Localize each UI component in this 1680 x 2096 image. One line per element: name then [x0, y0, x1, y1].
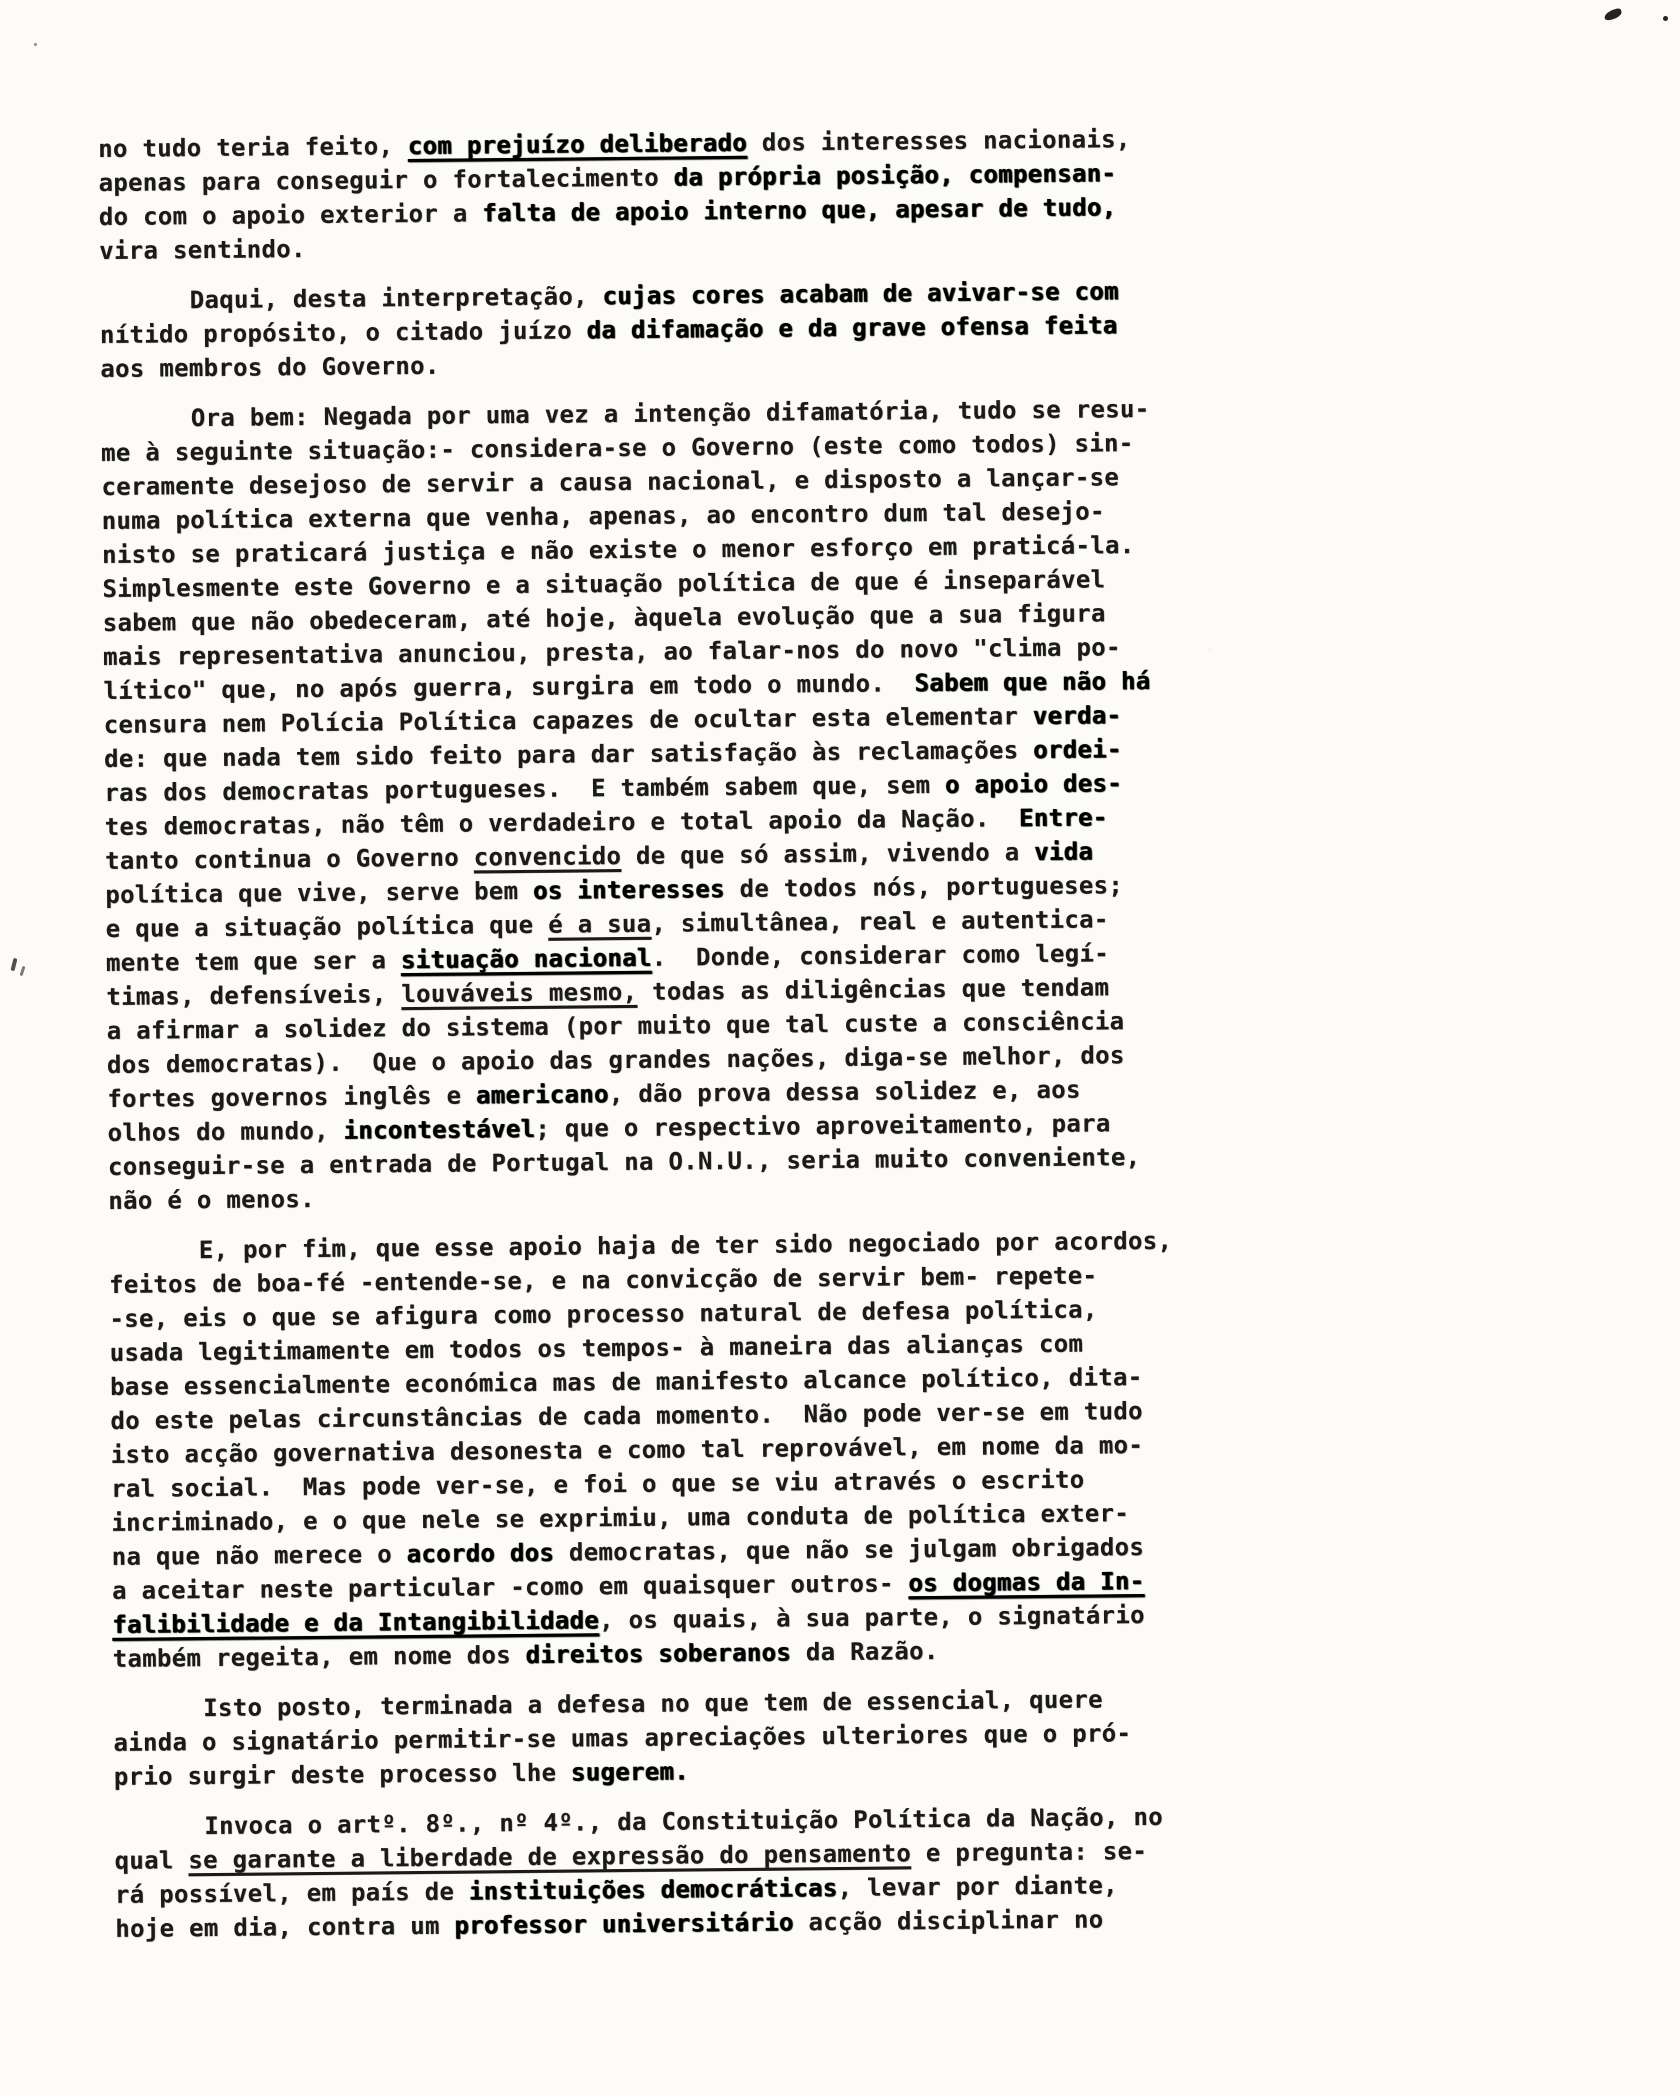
text-run: conseguir-se a entrada de Portugal na O.… [108, 1143, 1141, 1181]
text-run: da Razão. [791, 1637, 939, 1666]
text-run: não é o menos. [108, 1185, 315, 1215]
text-run: vida [1034, 837, 1093, 866]
text-run: incontestável [343, 1115, 535, 1145]
text-run: ordei- [1033, 735, 1122, 764]
underlined-text-run: com prejuízo deliberado [408, 129, 747, 160]
text-run: timas, defensíveis, [106, 980, 401, 1011]
text-run: prio surgir deste processo lhe [114, 1759, 571, 1791]
paragraph: Invoca o artº. 8º., nº 4º., da Constitui… [114, 1800, 1200, 1946]
underlined-text-run: os dogmas da In- [908, 1567, 1144, 1597]
text-run: ; que o respectivo aproveitamento, para [535, 1109, 1110, 1143]
text-run: e que a situação política que [106, 911, 549, 943]
typewritten-text-block: no tudo teria feito, com prejuízo delibe… [98, 122, 1201, 1962]
margin-tick-mark [10, 958, 17, 972]
paragraph: E, por fim, que esse apoio haja de ter s… [109, 1224, 1198, 1676]
text-run: fortes governos inglês e [107, 1081, 476, 1113]
text-run: de que só assim, vivendo a [621, 838, 1034, 870]
paragraph: Daqui, desta interpretação, cujas cores … [99, 274, 1185, 386]
text-run: no tudo teria feito, [98, 132, 408, 163]
scanned-page: no tudo teria feito, com prejuízo delibe… [0, 0, 1680, 2096]
paragraph: Isto posto, terminada a defesa no que te… [113, 1682, 1199, 1794]
text-run: acordo dos [407, 1539, 555, 1568]
dust-speckle [34, 43, 37, 46]
text-run: Entre- [1019, 803, 1108, 832]
text-run: , levar por diante, [837, 1871, 1118, 1902]
underlined-text-run: convencido [474, 842, 622, 871]
text-run: , dão prova dessa solidez e, aos [609, 1076, 1081, 1109]
underlined-text-run: se garante a liberdade de expressão do p… [188, 1839, 911, 1874]
text-run: na que não merece o [112, 1540, 407, 1571]
text-run: Sabem que não há [914, 667, 1150, 697]
underlined-text-run: é a sua [548, 910, 652, 939]
margin-tick-mark [20, 966, 26, 976]
text-run: hoje em dia, contra um [115, 1912, 454, 1943]
text-run: verda- [1033, 701, 1122, 730]
text-run: qual [114, 1846, 188, 1875]
text-run: democratas, que não se julgam obrigados [554, 1533, 1144, 1567]
text-run: sugerem. [571, 1757, 689, 1786]
text-run: de todos nós, portugueses; [725, 871, 1123, 903]
text-run: acção disciplinar no [794, 1905, 1104, 1936]
text-run: lítico" que, no após guerra, surgira em … [103, 669, 914, 705]
text-run: rá possível, em país de [115, 1878, 469, 1909]
text-run: e pregunta: se- [911, 1837, 1147, 1867]
text-run: ras dos democratas portugueses. E também… [104, 771, 945, 807]
text-run: tanto continua o Governo [105, 843, 474, 875]
text-run: falta de apoio interno que, apesar de tu… [482, 193, 1116, 227]
text-run: os interesses [533, 875, 725, 905]
text-run: vira sentindo. [99, 235, 306, 265]
text-run: da difamação e da grave ofensa feita [587, 311, 1118, 344]
underlined-text-run: louváveis mesmo, [401, 978, 637, 1008]
text-run: ainda o signatário permitir-se umas apre… [113, 1719, 1131, 1757]
text-run: , os quais, à sua parte, o signatário [599, 1601, 1145, 1634]
text-run: nítido propósito, o citado juízo [100, 316, 587, 349]
text-run: olhos do mundo, [107, 1117, 343, 1147]
text-run: americano [476, 1080, 609, 1109]
ink-dot-mark [1663, 16, 1668, 21]
text-run: direitos soberanos [525, 1638, 791, 1669]
text-run: apenas para conseguir o fortalecimento [98, 163, 673, 197]
text-run: cujas cores acabam de avivar-se com [602, 277, 1118, 310]
text-run: o apoio des- [945, 769, 1122, 799]
text-run: tes democratas, não têm o verdadeiro e t… [105, 804, 1020, 841]
ink-smudge-mark [1603, 7, 1623, 21]
paragraph: no tudo teria feito, com prejuízo delibe… [98, 122, 1184, 268]
text-run: da própria posição, compensan- [674, 159, 1117, 191]
text-run: Isto posto, terminada a defesa no que te… [203, 1685, 1103, 1722]
text-run: Daqui, desta interpretação, [189, 282, 602, 314]
text-run: professor universitário [454, 1908, 793, 1939]
text-run: todas as diligências que tendam [637, 973, 1109, 1006]
text-run: política que vive, serve bem [105, 877, 533, 909]
text-run: , simultânea, real e autentica- [651, 905, 1108, 937]
text-run: também regeita, em nome dos [113, 1641, 526, 1673]
text-run: aos membros do Governo. [100, 352, 439, 383]
text-run: . Donde, considerar como legí- [652, 939, 1109, 971]
paragraph: Ora bem: Negada por uma vez a intenção d… [101, 392, 1194, 1218]
underlined-text-run: falibilidade e da Intangibilidade [112, 1606, 599, 1639]
underlined-text-run: situação nacional [401, 944, 652, 974]
text-run: instituições democráticas [469, 1874, 838, 1906]
text-run: mente tem que ser a [106, 946, 401, 977]
text-run: dos interesses nacionais, [747, 125, 1131, 157]
text-run: a aceitar neste particular -como em quai… [112, 1569, 909, 1605]
text-run: do com o apoio exterior a [99, 199, 483, 231]
